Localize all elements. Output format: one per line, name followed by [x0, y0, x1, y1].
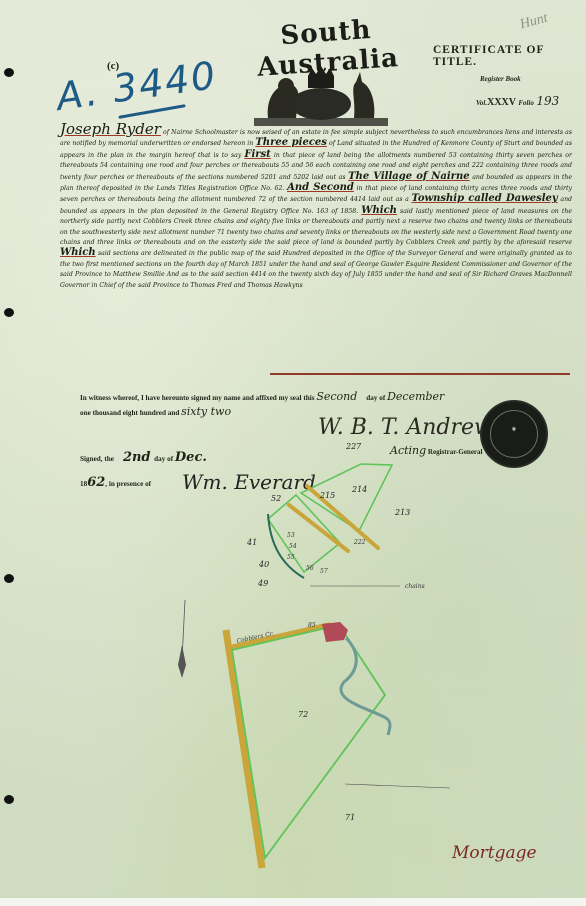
reference-number: A. 3440: [54, 53, 220, 119]
svg-text:49: 49: [257, 579, 268, 588]
title-body-text: Joseph Ryder of Nairne Schoolmaster is n…: [60, 124, 572, 291]
svg-text:72: 72: [298, 710, 308, 719]
body-emphasis: Which: [361, 205, 397, 216]
punch-hole: [4, 68, 14, 77]
day-of: day of: [366, 394, 385, 402]
body-emphasis: And Second: [287, 182, 354, 193]
svg-text:41: 41: [246, 538, 257, 547]
svg-text:56: 56: [306, 565, 314, 572]
svg-text:215: 215: [319, 491, 335, 500]
owner-name: Joseph Ryder: [60, 120, 161, 138]
scan-edge: [0, 898, 586, 906]
svg-text:52: 52: [271, 494, 281, 503]
svg-text:213: 213: [394, 508, 410, 517]
closing-rule: [270, 373, 570, 375]
svg-text:53: 53: [287, 532, 295, 539]
survey-plan: 227 215 214 213 52 53 54 55 56 57 222 41…: [0, 440, 586, 906]
volume-number: XXXV: [487, 97, 516, 108]
witness-prefix: In witness whereof, I have hereunto sign…: [80, 394, 315, 402]
svg-text:chains: chains: [405, 583, 425, 590]
mortgage-endorsement: Mortgage: [452, 843, 537, 863]
svg-text:40: 40: [258, 560, 269, 569]
upper-plan: 227 215 214 213 52 53 54 55 56 57 222 41…: [246, 442, 425, 590]
lower-plan: 72 71 85 Cobblers Cr.: [226, 622, 450, 868]
svg-text:85: 85: [308, 622, 316, 629]
body-segment: said sections are delineated in the publ…: [60, 250, 572, 288]
body-emphasis: Township called Dawesley: [412, 193, 558, 204]
vol-prefix: Vol.: [476, 99, 487, 107]
svg-text:54: 54: [289, 543, 297, 550]
year-word: sixty two: [181, 405, 231, 418]
seal-emblem: ⚜: [482, 426, 546, 433]
svg-text:71: 71: [345, 813, 355, 822]
svg-text:55: 55: [287, 554, 295, 561]
year-prefix: one thousand eight hundred and: [80, 409, 179, 417]
folio-number: 193: [536, 94, 559, 108]
body-emphasis: The Village of Nairne: [348, 171, 469, 182]
pencil-note: Hunt: [518, 11, 549, 34]
register-book-label: Register Book: [480, 75, 521, 83]
volume-folio: Vol.XXXV Folio 193: [476, 94, 559, 108]
document-title: CERTIFICATE OF TITLE.: [433, 44, 586, 68]
svg-text:57: 57: [320, 568, 328, 575]
body-emphasis: Three pieces: [255, 137, 327, 148]
body-emphasis: First: [244, 149, 270, 160]
svg-text:214: 214: [351, 485, 367, 494]
day-word: Second: [316, 390, 357, 403]
coat-of-arms-icon: [246, 60, 396, 128]
body-emphasis: Which: [60, 247, 96, 258]
registrar-signature: W. B. T. Andrews: [318, 415, 504, 440]
svg-text:222: 222: [353, 539, 366, 546]
north-arrow-icon: [178, 600, 186, 678]
punch-hole: [4, 308, 14, 317]
folio-prefix: Folio: [518, 99, 534, 107]
month: December: [387, 390, 444, 403]
svg-text:227: 227: [345, 442, 362, 451]
